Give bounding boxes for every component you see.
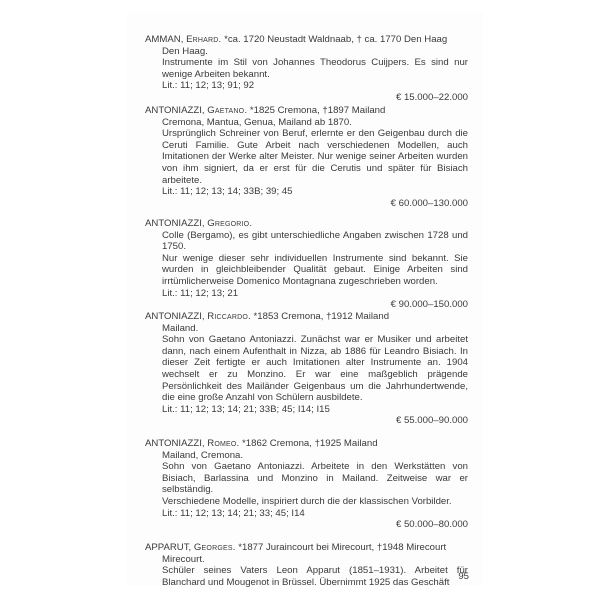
entry-heading: ANTONIAZZI, Romeo. *1862 Cremona, †1925 … — [145, 438, 468, 450]
price: € 60.000–130.000 — [162, 198, 468, 210]
price: € 50.000–80.000 — [162, 519, 468, 531]
surname: ANTONIAZZI — [145, 105, 202, 116]
entry-antoniazzi-gaetano: ANTONIAZZI, Gaetano. *1825 Cremona, †189… — [145, 105, 468, 209]
given-name: Gaetano. — [207, 105, 247, 116]
price: € 55.000–90.000 — [162, 415, 468, 427]
entry-antoniazzi-gregorio: ANTONIAZZI, Gregorio. Colle (Bergamo), e… — [145, 218, 468, 311]
life-dates: *ca. 1720 Neustadt Waldnaab, † ca. 1770 … — [221, 34, 447, 45]
entry-heading: ANTONIAZZI, Gregorio. — [145, 218, 468, 230]
description: Nur wenige dieser sehr individuellen Ins… — [162, 253, 468, 288]
description: Instrumente im Stil von Johannes Theodor… — [162, 57, 468, 80]
description: Ursprünglich Schreiner von Beruf, erlern… — [162, 128, 468, 186]
given-name: Erhard. — [186, 34, 221, 45]
places: Mailand. — [162, 323, 468, 335]
page-number: 95 — [458, 571, 469, 583]
entry-heading: ANTONIAZZI, Gaetano. *1825 Cremona, †189… — [145, 105, 468, 117]
surname: APPARUT — [145, 542, 189, 553]
life-dates: *1862 Cremona, †1925 Mailand — [239, 438, 377, 449]
literature: Lit.: 11; 12; 13; 21 — [162, 288, 468, 300]
entry-apparut-georges: APPARUT, Georges. *1877 Juraincourt bei … — [145, 542, 468, 588]
surname: ANTONIAZZI — [145, 218, 202, 229]
book-page: AMMAN, Erhard. *ca. 1720 Neustadt Waldna… — [127, 12, 483, 586]
literature: Lit.: 11; 12; 13; 14; 21; 33B; 45; I14; … — [162, 404, 468, 416]
entry-heading: APPARUT, Georges. *1877 Juraincourt bei … — [145, 542, 468, 554]
life-dates: *1825 Cremona, †1897 Mailand — [247, 105, 385, 116]
places: Mailand, Cremona. — [162, 450, 468, 462]
surname: ANTONIAZZI — [145, 311, 202, 322]
places: Mirecourt. — [162, 554, 468, 566]
life-dates: *1877 Juraincourt bei Mirecourt, †1948 M… — [236, 542, 447, 553]
description-extra: Verschiedene Modelle, inspiriert durch d… — [162, 496, 468, 508]
surname: ANTONIAZZI — [145, 438, 202, 449]
description: Schüler seines Vaters Leon Apparut (1851… — [162, 565, 468, 588]
given-name: Riccardo. — [207, 311, 251, 322]
given-name: Romeo. — [207, 438, 239, 449]
literature: Lit.: 11; 12; 13; 14; 33B; 39; 45 — [162, 186, 468, 198]
price: € 15.000–22.000 — [162, 92, 468, 104]
entry-heading: AMMAN, Erhard. *ca. 1720 Neustadt Waldna… — [145, 34, 468, 46]
literature: Lit.: 11; 12; 13; 14; 21; 33; 45; I14 — [162, 508, 468, 520]
given-name: Gregorio. — [207, 218, 252, 229]
entry-heading: ANTONIAZZI, Riccardo. *1853 Cremona, †19… — [145, 311, 468, 323]
places: Den Haag. — [162, 46, 468, 58]
entry-antoniazzi-romeo: ANTONIAZZI, Romeo. *1862 Cremona, †1925 … — [145, 438, 468, 531]
price: € 90.000–150.000 — [162, 299, 468, 311]
given-name: Georges. — [194, 542, 236, 553]
places: Cremona, Mantua, Genua, Mailand ab 1870. — [162, 117, 468, 129]
places: Colle (Bergamo), es gibt unterschiedlich… — [162, 230, 468, 253]
literature: Lit.: 11; 12; 13; 91; 92 — [162, 80, 468, 92]
entry-amman-erhard: AMMAN, Erhard. *ca. 1720 Neustadt Waldna… — [145, 34, 468, 104]
surname: AMMAN — [145, 34, 181, 45]
entry-antoniazzi-riccardo: ANTONIAZZI, Riccardo. *1853 Cremona, †19… — [145, 311, 468, 427]
description: Sohn von Gaetano Antoniazzi. Arbeitete i… — [162, 461, 468, 496]
description: Sohn von Gaetano Antoniazzi. Zunächst wa… — [162, 334, 468, 404]
life-dates: *1853 Cremona, †1912 Mailand — [251, 311, 389, 322]
